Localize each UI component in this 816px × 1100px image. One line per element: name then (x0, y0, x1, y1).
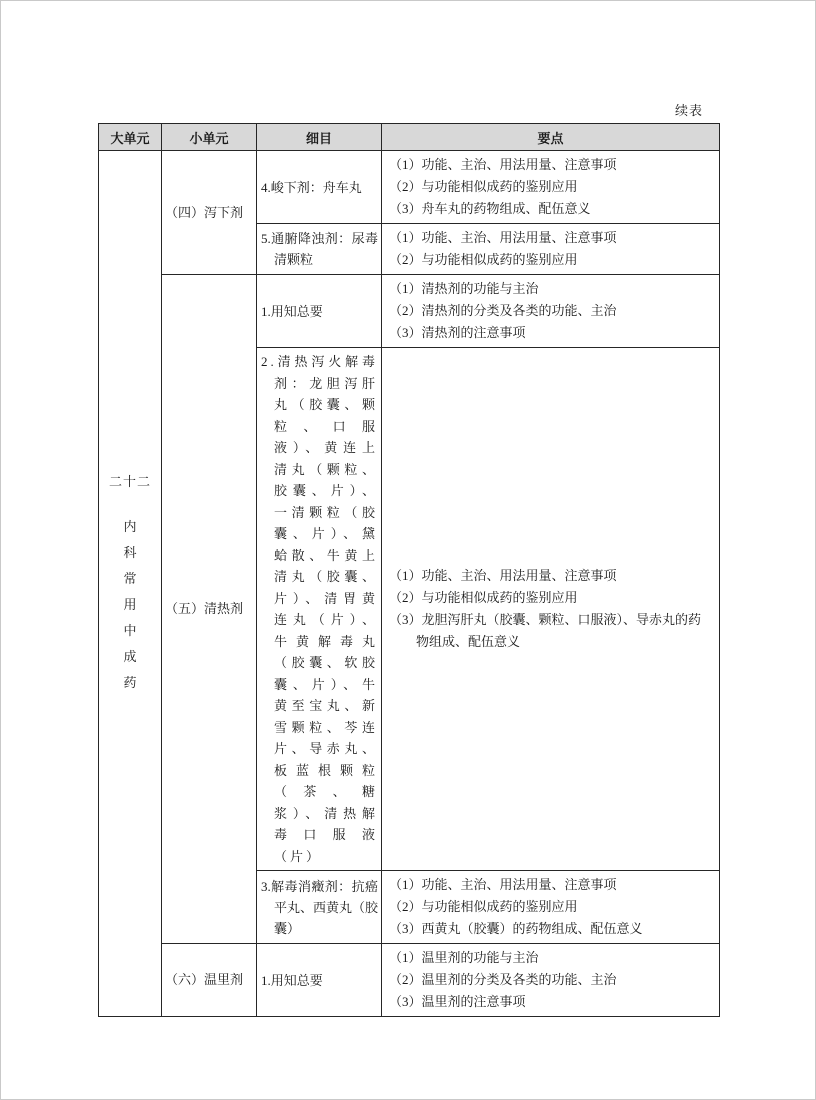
header-major-unit: 大单元 (99, 124, 162, 151)
document-page: 续表 大单元 小单元 细目 要点 二十二 内 科 常 用 中 成 药 （四）泻下 (0, 0, 816, 1100)
key-point: （2）清热剂的分类及各类的功能、主治 (389, 300, 709, 322)
key-point: （2）与功能相似成药的鉴别应用 (389, 896, 709, 918)
minor-unit-cell-qingreji: （五）清热剂 (162, 275, 257, 944)
minor-unit-label: （四）泻下剂 (165, 203, 255, 223)
key-point: （2）与功能相似成药的鉴别应用 (389, 249, 709, 271)
header-minor-unit: 小单元 (162, 124, 257, 151)
detail-cell: 2.清热泻火解毒剂：龙胆泻肝丸（胶囊、颗粒、口服液）、黄连上清丸（颗粒、胶囊、片… (257, 348, 382, 871)
key-point: （1）功能、主治、用法用量、注意事项 (389, 565, 709, 587)
major-unit-char: 用 (100, 592, 160, 618)
key-point: （2）与功能相似成药的鉴别应用 (389, 587, 709, 609)
minor-unit-cell-wenliji: （六）温里剂 (162, 944, 257, 1017)
minor-unit-label: （五）清热剂 (165, 599, 255, 619)
key-point: （1）清热剂的功能与主治 (389, 278, 709, 300)
major-unit-char: 内 (100, 514, 160, 540)
key-point: （3）西黄丸（胶囊）的药物组成、配伍意义 (389, 918, 709, 940)
table-header-row: 大单元 小单元 细目 要点 (99, 124, 720, 151)
points-cell: （1）功能、主治、用法用量、注意事项 （2）与功能相似成药的鉴别应用 （3）舟车… (382, 151, 720, 224)
key-point: （3）温里剂的注意事项 (389, 991, 709, 1013)
major-unit-char: 常 (100, 566, 160, 592)
key-point: （1）功能、主治、用法用量、注意事项 (389, 154, 709, 176)
detail-cell: 1.用知总要 (257, 275, 382, 348)
syllabus-table: 大单元 小单元 细目 要点 二十二 内 科 常 用 中 成 药 （四）泻下剂 4… (98, 123, 720, 1017)
header-points: 要点 (382, 124, 720, 151)
header-detail: 细目 (257, 124, 382, 151)
detail-text: 5.通腑降浊剂：尿毒清颗粒 (261, 228, 378, 270)
minor-unit-cell-xiexiaji: （四）泻下剂 (162, 151, 257, 275)
key-point: （3）舟车丸的药物组成、配伍意义 (389, 198, 709, 220)
detail-cell: 1.用知总要 (257, 944, 382, 1017)
detail-cell: 4.峻下剂：舟车丸 (257, 151, 382, 224)
points-cell: （1）功能、主治、用法用量、注意事项 （2）与功能相似成药的鉴别应用 （3）西黄… (382, 871, 720, 944)
key-point: （2）与功能相似成药的鉴别应用 (389, 176, 709, 198)
detail-text: 4.峻下剂：舟车丸 (261, 177, 378, 198)
key-point: （3）龙胆泻肝丸（胶囊、颗粒、口服液）、导赤丸的药物组成、配伍意义 (389, 609, 709, 653)
points-cell: （1）功能、主治、用法用量、注意事项 （2）与功能相似成药的鉴别应用 （3）龙胆… (382, 348, 720, 871)
major-unit-char: 成 (100, 644, 160, 670)
table-row: （五）清热剂 1.用知总要 （1）清热剂的功能与主治 （2）清热剂的分类及各类的… (99, 275, 720, 348)
key-point: （1）功能、主治、用法用量、注意事项 (389, 874, 709, 896)
detail-text: 3.解毒消癥剂：抗癌平丸、西黄丸（胶囊） (261, 876, 378, 939)
detail-text: 1.用知总要 (261, 301, 378, 322)
key-point: （2）温里剂的分类及各类的功能、主治 (389, 969, 709, 991)
detail-text: 1.用知总要 (261, 970, 378, 991)
major-unit-char: 科 (100, 540, 160, 566)
continued-table-label: 续表 (675, 100, 703, 119)
points-cell: （1）功能、主治、用法用量、注意事项 （2）与功能相似成药的鉴别应用 (382, 224, 720, 275)
key-point: （1）温里剂的功能与主治 (389, 947, 709, 969)
major-unit-char: 药 (100, 670, 160, 696)
major-unit-char: 中 (100, 618, 160, 644)
detail-text: 2.清热泻火解毒剂：龙胆泻肝丸（胶囊、颗粒、口服液）、黄连上清丸（颗粒、胶囊、片… (261, 351, 378, 867)
key-point: （1）功能、主治、用法用量、注意事项 (389, 227, 709, 249)
key-point: （3）清热剂的注意事项 (389, 322, 709, 344)
minor-unit-label: （六）温里剂 (165, 970, 255, 990)
major-unit-cell: 二十二 内 科 常 用 中 成 药 (99, 151, 162, 1017)
points-cell: （1）温里剂的功能与主治 （2）温里剂的分类及各类的功能、主治 （3）温里剂的注… (382, 944, 720, 1017)
table-row: （六）温里剂 1.用知总要 （1）温里剂的功能与主治 （2）温里剂的分类及各类的… (99, 944, 720, 1017)
major-unit-number: 二十二 (100, 472, 160, 492)
points-cell: （1）清热剂的功能与主治 （2）清热剂的分类及各类的功能、主治 （3）清热剂的注… (382, 275, 720, 348)
table-row: 二十二 内 科 常 用 中 成 药 （四）泻下剂 4.峻下剂：舟车丸 （1）功能… (99, 151, 720, 224)
detail-cell: 3.解毒消癥剂：抗癌平丸、西黄丸（胶囊） (257, 871, 382, 944)
detail-cell: 5.通腑降浊剂：尿毒清颗粒 (257, 224, 382, 275)
